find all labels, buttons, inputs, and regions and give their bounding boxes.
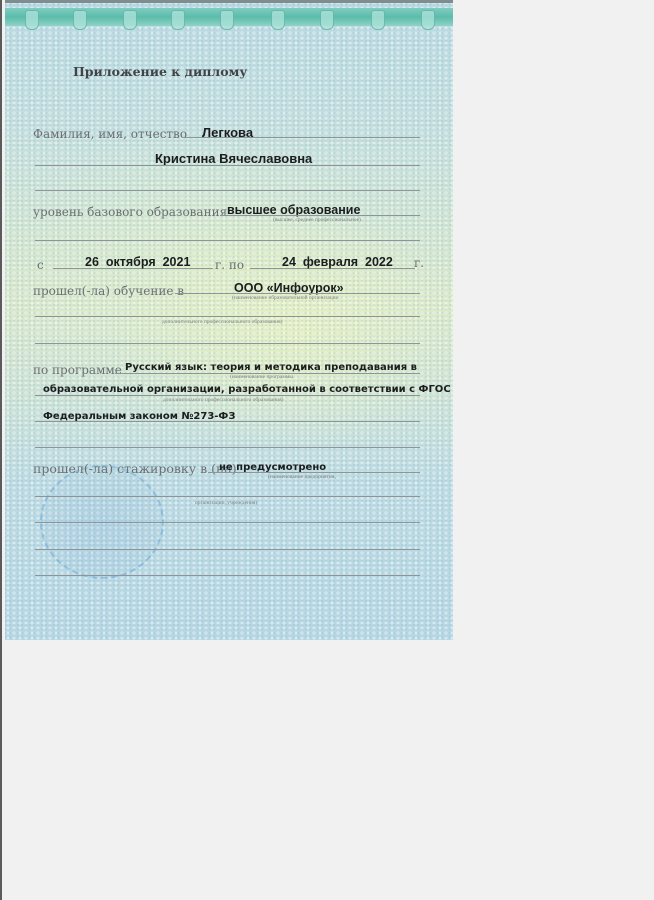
ornamental-band [5,8,453,26]
internship-label: прошел(-ла) стажировку в (на) [33,461,237,476]
fio-label: Фамилия, имя, отчество [33,127,187,141]
band-ornament [220,10,234,30]
date-to-prefix: г. по [215,258,244,272]
blank-underline [35,190,420,191]
band-ornament [421,10,435,30]
blank-underline [35,343,420,344]
internship-underline [208,472,420,473]
date-from-prefix: с [37,258,44,272]
band-ornament [123,10,137,30]
band-ornament [171,10,185,30]
blank-underline [35,522,420,523]
organization-underline [175,293,420,294]
program-line-2: образовательной организации, разработанн… [43,384,453,395]
band-ornament [25,10,39,30]
internship-caption: (наименование предприятия, [268,474,336,480]
date-to-value: 24 февраля 2022 [282,255,393,269]
given-names-underline [35,165,420,166]
fio-underline [185,137,420,138]
band-ornament [320,10,334,30]
date-from-value: 26 октября 2021 [85,255,190,269]
blank-underline [35,447,420,448]
education-caption: (высшее, среднее профессиональное) [273,217,361,223]
top-rule [5,0,453,3]
scan-edge [0,0,2,900]
diploma-supplement-page: Приложение к диплому Фамилия, имя, отчес… [5,0,453,640]
program-line-1: Русский язык: теория и методика преподав… [125,362,417,373]
year-suffix: г. [414,256,424,270]
internship-underline-2 [35,496,420,497]
internship-caption-2: организации, учреждения) [195,500,257,506]
given-names-value: Кристина Вячеславовна [155,151,312,166]
program-underline-3 [35,421,420,422]
program-underline-2 [35,395,420,396]
program-caption: (наименование программы [230,374,293,380]
organization-underline-2 [35,316,420,317]
blank-underline [35,575,420,576]
band-ornament [73,10,87,30]
band-ornament [271,10,285,30]
blank-underline [35,240,420,241]
program-caption-2: дополнительного профессионального образо… [163,397,283,403]
education-label: уровень базового образования [33,205,227,219]
document-title: Приложение к диплому [73,64,247,79]
band-ornament [371,10,385,30]
program-label: по программе [33,363,122,377]
organization-caption-2: дополнительного профессионального образо… [162,319,282,325]
education-underline [220,215,420,216]
blank-underline [35,549,420,550]
organization-caption: (наименование образовательной организаци… [232,295,339,301]
study-label: прошел(-ла) обучение в [33,284,184,298]
